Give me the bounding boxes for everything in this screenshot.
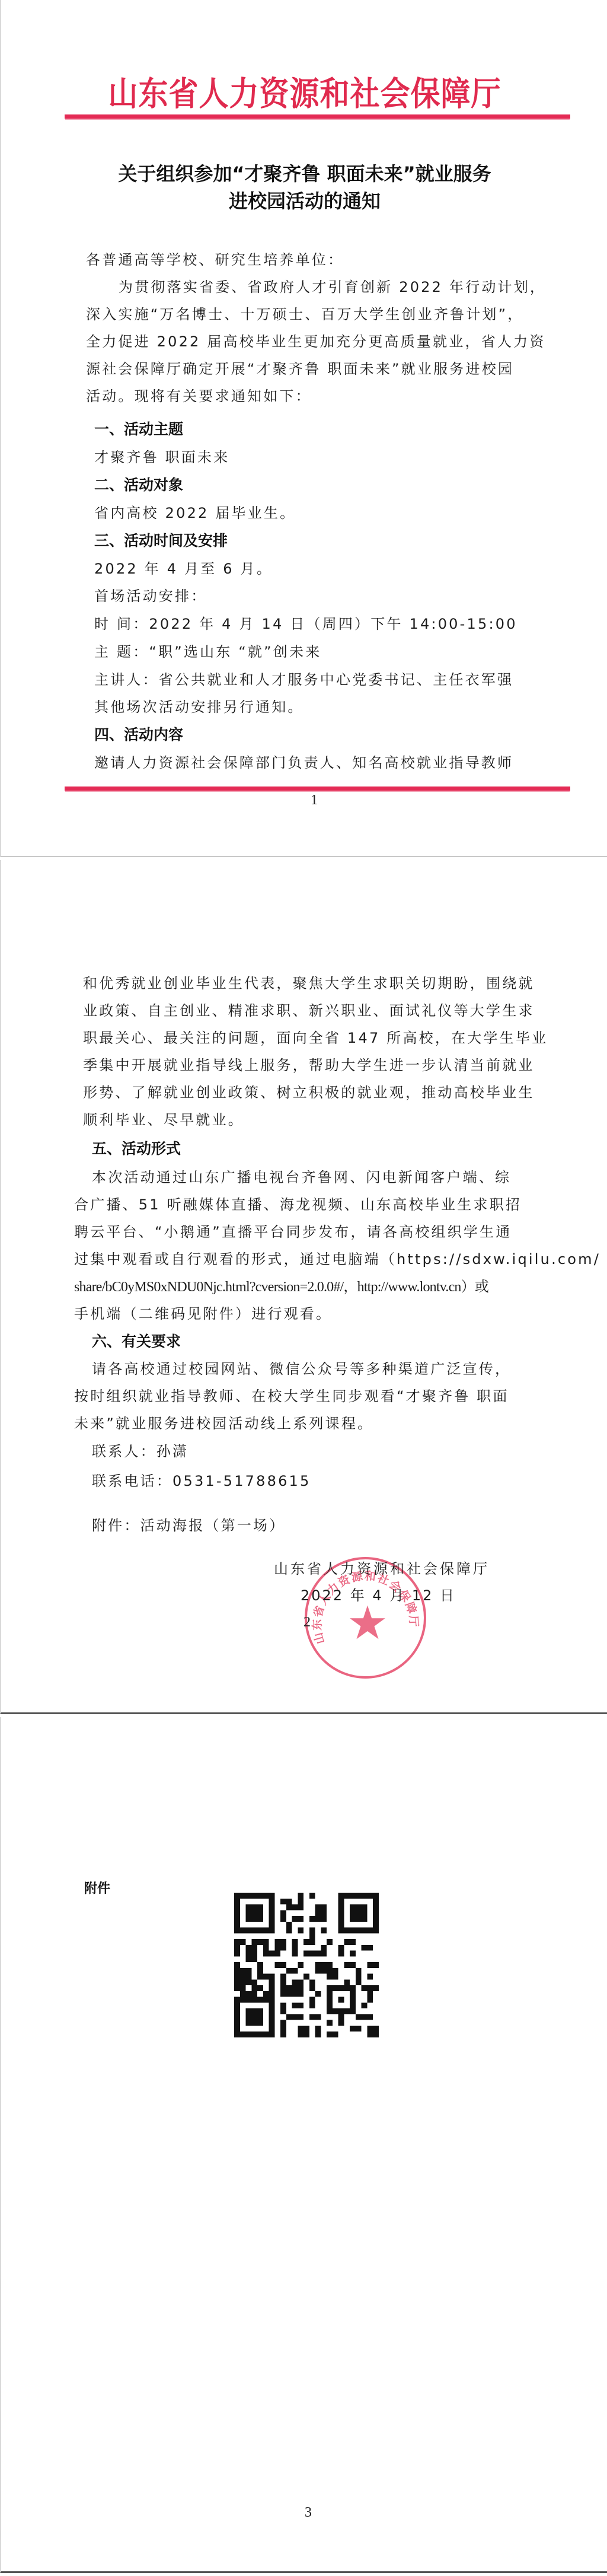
section-body-line: 首场活动安排： [94,584,207,605]
content-line: 职最关心、最关注的问题，面向全省 147 所高校，在大学生毕业 [83,1026,548,1047]
section-body-line: 按时组织就业指导教师、在校大学生同步观看“才聚齐鲁 职面 [74,1384,509,1405]
section-heading-audience: 二、活动对象 [94,473,183,495]
document-title-line-2: 进校园活动的通知 [1,186,607,214]
section-body-line-url: share/bC0yMS0xNDU0Njc.html?cversion=2.0.… [74,1275,488,1295]
section-body-line: 主 题：“职”选山东 “就”创未来 [94,640,321,661]
section-body-line: 手机端（二维码见附件）进行观看。 [74,1302,332,1323]
footer-red-rule [65,787,570,791]
intro-line: 源社会保障厅确定开展“才聚齐鲁 职面未来”就业服务进校园 [86,357,514,378]
section-body-line: 省内高校 2022 届毕业生。 [94,501,296,522]
intro-line: 活动。现将有关要求通知如下： [86,384,312,405]
page-number: 3 [305,2505,312,2521]
section-body-line: 聘云平台、“小鹅通”直播平台同步发布，请各高校组织学生通 [74,1220,512,1241]
intro-line: 深入实施“万名博士、十万硕士、百万大学生创业齐鲁计划”， [86,303,523,323]
masthead-org-name: 山东省人力资源和社会保障厅 [1,68,607,116]
attachment-label: 附件 [84,1878,110,1897]
intro-line: 全力促进 2022 届高校毕业生更加充分更高质量就业，省人力资 [86,330,546,351]
contact-person: 联系人：孙潇 [92,1440,189,1460]
section-heading-schedule: 三、活动时间及安排 [94,529,228,550]
page-number: 2 [303,1615,311,1631]
section-body-line: 其他场次活动安排另行通知。 [94,695,304,716]
seal-star-icon: ★ [344,1601,391,1646]
content-line: 业政策、自主创业、精准求职、新兴职业、面试礼仪等大学生求 [83,999,535,1020]
section-body-line: 主讲人：省公共就业和人才服务中心党委书记、主任衣军强 [94,668,513,689]
document-title-line-1: 关于组织参加“才聚齐鲁 职面未来”就业服务 [1,159,607,186]
section-heading-requirements: 六、有关要求 [92,1330,181,1351]
signature-date: 2022 年 4 月 12 日 [301,1584,456,1604]
content-line: 顺利毕业、尽早就业。 [83,1108,244,1129]
attachment-note: 附件：活动海报（第一场） [92,1514,285,1534]
contact-phone: 联系电话：0531-51788615 [92,1469,311,1490]
masthead-red-rule [65,114,570,119]
content-line: 和优秀就业创业毕业生代表，聚焦大学生求职关切期盼，围绕就 [83,972,535,992]
section-body-line: 才聚齐鲁 职面未来 [94,445,229,466]
section-body-line: 本次活动通过山东广播电视台齐鲁网、闪电新闻客户端、综 [92,1166,511,1186]
section-body-line: 合广播、51 听融媒体直播、海龙视频、山东高校毕业生求职招 [74,1193,522,1214]
intro-line: 为贯彻落实省委、省政府人才引育创新 2022 年行动计划， [119,275,546,296]
section-heading-content: 四、活动内容 [94,723,183,744]
content-line: 形势、了解就业创业政策、树立积极的就业观，推动高校毕业生 [83,1081,535,1101]
section-heading-theme: 一、活动主题 [94,418,183,439]
page-number: 1 [311,792,318,808]
document-page-3: 附件 [0,1717,607,2573]
salutation: 各普通高等学校、研究生培养单位： [86,248,344,269]
content-line: 季集中开展就业指导线上服务，帮助大学生进一步认清当前就业 [83,1053,535,1074]
document-page-2: 和优秀就业创业毕业生代表，聚焦大学生求职关切期盼，围绕就 业政策、自主创业、精准… [0,860,607,1714]
section-body-line: 时 间：2022 年 4 月 14 日（周四）下午 14:00-15:00 [94,612,517,633]
document-page-1: 山东省人力资源和社会保障厅 关于组织参加“才聚齐鲁 职面未来”就业服务 进校园活… [0,0,607,857]
signature-organization: 山东省人力资源和社会保障厅 [274,1557,490,1578]
section-body-line: 邀请人力资源社会保障部门负责人、知名高校就业指导教师 [94,751,513,772]
qr-code-icon[interactable] [234,1893,379,2037]
section-body-line-url: 过集中观看或自行观看的形式，通过电脑端（https://sdxw.iqilu.c… [74,1247,600,1268]
section-body-line: 未来”就业服务进校园活动线上系列课程。 [74,1412,373,1432]
section-body-line: 请各高校通过校园网站、微信公众号等多种渠道广泛宣传， [92,1357,511,1378]
qr-code-graphic [234,1893,379,2037]
section-heading-format: 五、活动形式 [92,1137,181,1158]
section-body-line: 2022 年 4 月至 6 月。 [94,557,273,578]
